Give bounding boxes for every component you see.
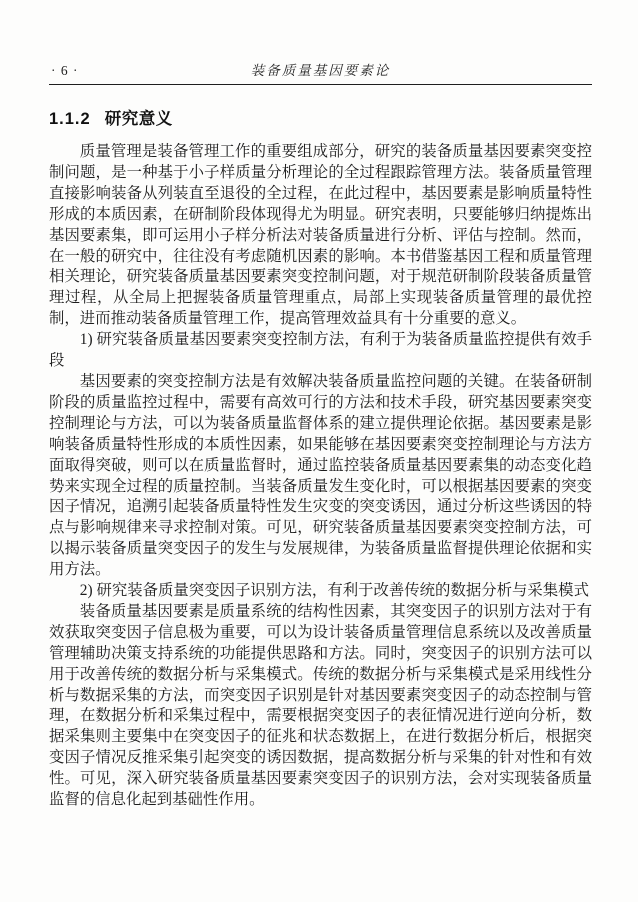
paragraph-item-1-body: 基因要素的突变控制方法是有效解决装备质量监控问题的关键。在装备研制阶段的质量监控…	[49, 372, 592, 581]
body-text: 质量管理是装备管理工作的重要组成部分，研究的装备质量基因要素突变控制问题，是一种…	[49, 142, 592, 811]
page-header: · 6 · 装备质量基因要素论	[49, 60, 592, 82]
section-heading: 1.1.2研究意义	[49, 105, 592, 129]
page-number: · 6 ·	[51, 60, 79, 82]
running-title: 装备质量基因要素论	[49, 60, 592, 82]
paragraph-item-2-title: 2) 研究装备质量突变因子识别方法，有利于改善传统的数据分析与采集模式	[49, 581, 592, 602]
header-rule	[49, 84, 592, 85]
paragraph-item-1-title: 1) 研究装备质量基因要素突变控制方法，有利于为装备质量监控提供有效手段	[49, 330, 592, 372]
section-number: 1.1.2	[49, 110, 91, 128]
paragraph-intro: 质量管理是装备管理工作的重要组成部分，研究的装备质量基因要素突变控制问题，是一种…	[49, 142, 592, 330]
paragraph-item-2-body: 装备质量基因要素是质量系统的结构性因素，其突变因子的识别方法对于有效获取突变因子…	[49, 602, 592, 811]
section-title: 研究意义	[105, 110, 173, 128]
document-page: · 6 · 装备质量基因要素论 1.1.2研究意义 质量管理是装备管理工作的重要…	[0, 0, 638, 902]
